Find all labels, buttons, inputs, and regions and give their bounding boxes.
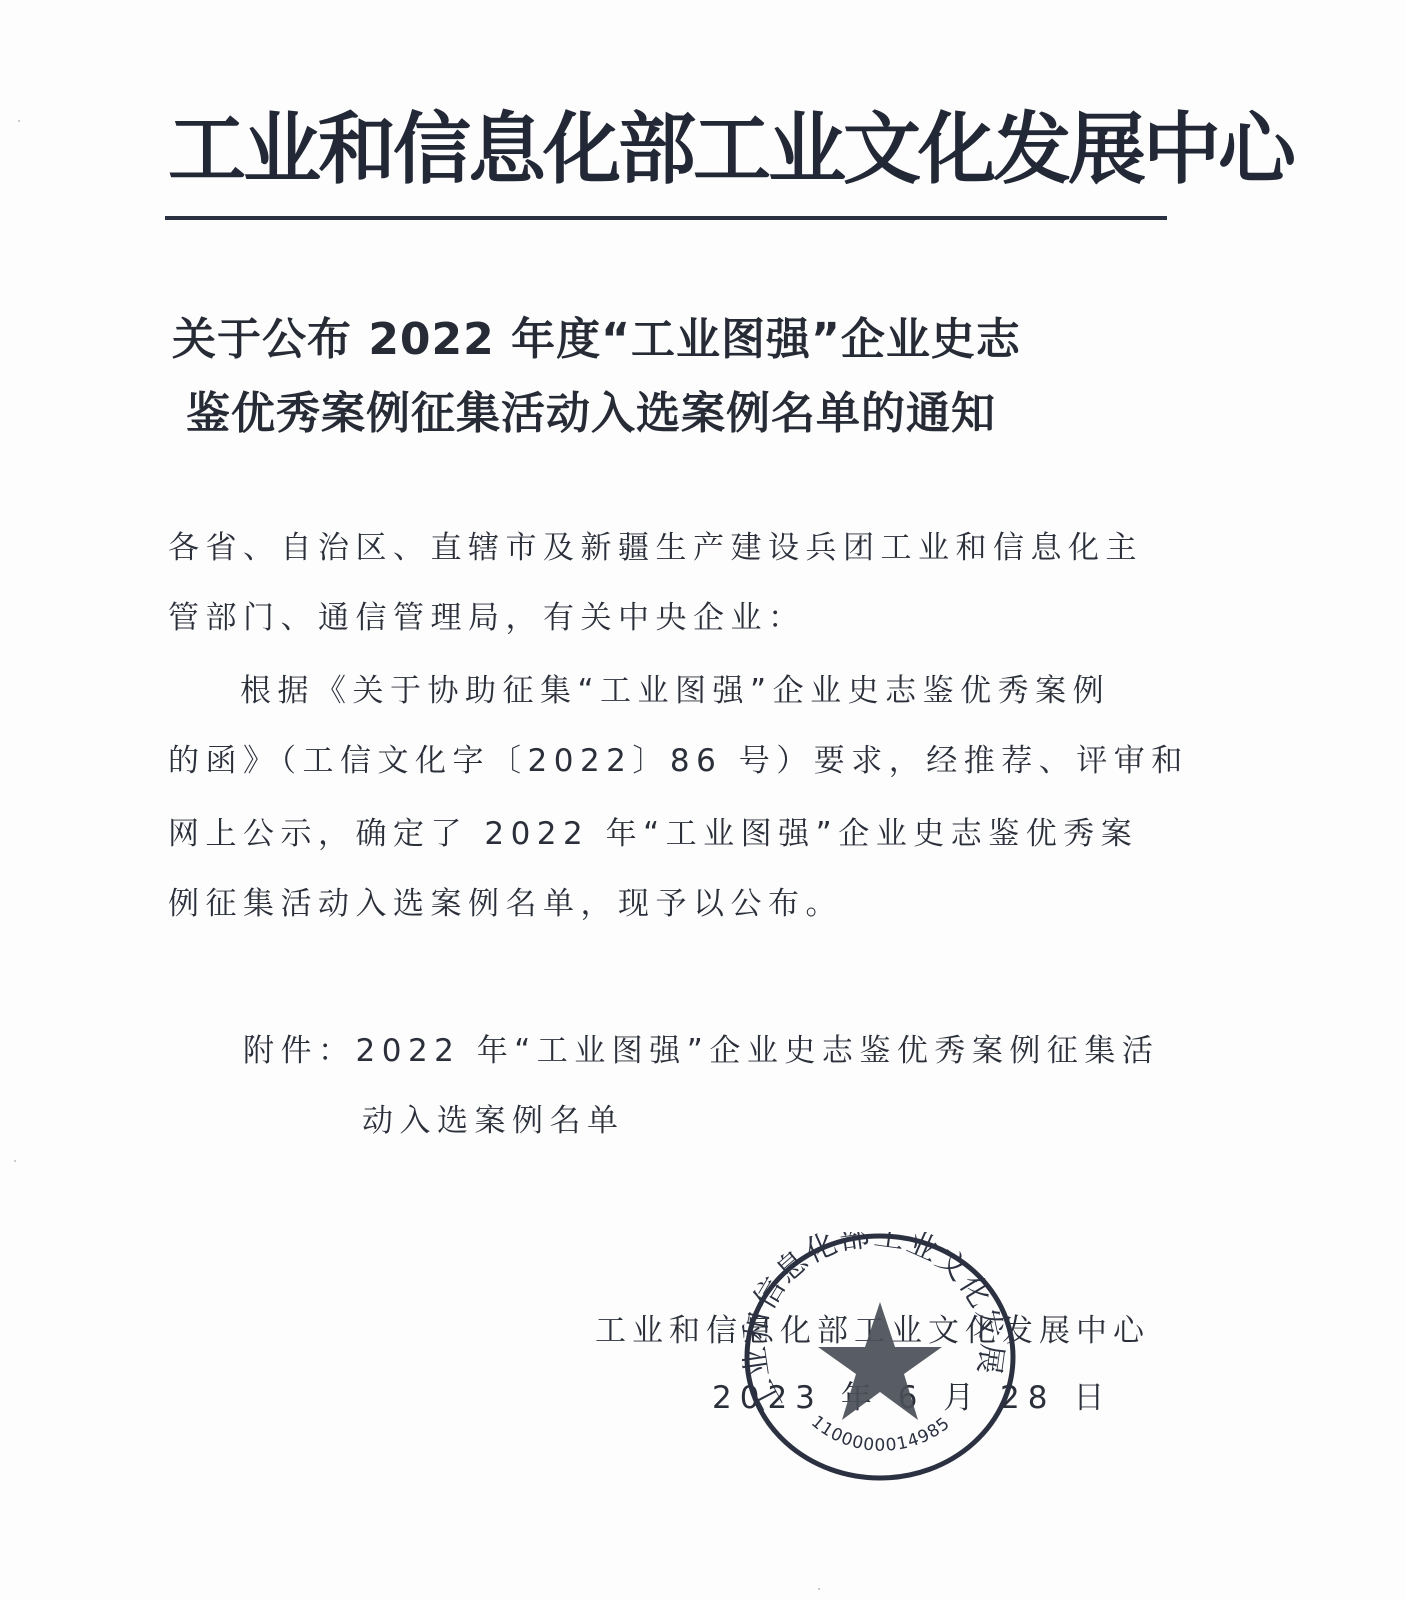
body-line-2: 的函》（工信文化字〔2022〕86 号）要求，经推荐、评审和 xyxy=(168,735,1189,780)
body-line-3: 网上公示，确定了 2022 年“工业图强”企业史志鉴优秀案 xyxy=(168,808,1138,853)
star-icon xyxy=(818,1302,942,1420)
document-page: 工业和信息化部工业文化发展中心 关于公布 2022 年度“工业图强”企业史志 鉴… xyxy=(0,0,1405,1600)
body-line-1: 根据《关于协助征集“工业图强”企业史志鉴优秀案例 xyxy=(240,665,1110,710)
addressee-line-1: 各省、自治区、直辖市及新疆生产建设兵团工业和信息化主 xyxy=(168,522,1143,567)
seal-code: 1100000014985 xyxy=(807,1412,954,1456)
addressee-line-2: 管部门、通信管理局，有关中央企业： xyxy=(168,592,806,637)
attachment-line-1: 附件：2022 年“工业图强”企业史志鉴优秀案例征集活 xyxy=(243,1025,1159,1070)
scan-speck xyxy=(18,120,20,122)
notice-title-line-2: 鉴优秀案例征集活动入选案例名单的通知 xyxy=(186,377,1176,441)
attachment-line-2: 动入选案例名单 xyxy=(362,1095,625,1140)
body-line-4: 例征集活动入选案例名单，现予以公布。 xyxy=(168,878,843,923)
masthead-title: 工业和信息化部工业文化发展中心 xyxy=(168,100,1168,200)
scan-speck xyxy=(14,1160,16,1162)
masthead-divider xyxy=(165,216,1167,220)
official-seal: 工业和信息化部工业文化发展中心 1100000014985 xyxy=(742,1232,1018,1482)
scan-speck xyxy=(818,1588,820,1590)
notice-title-line-1: 关于公布 2022 年度“工业图强”企业史志 xyxy=(172,303,1162,367)
